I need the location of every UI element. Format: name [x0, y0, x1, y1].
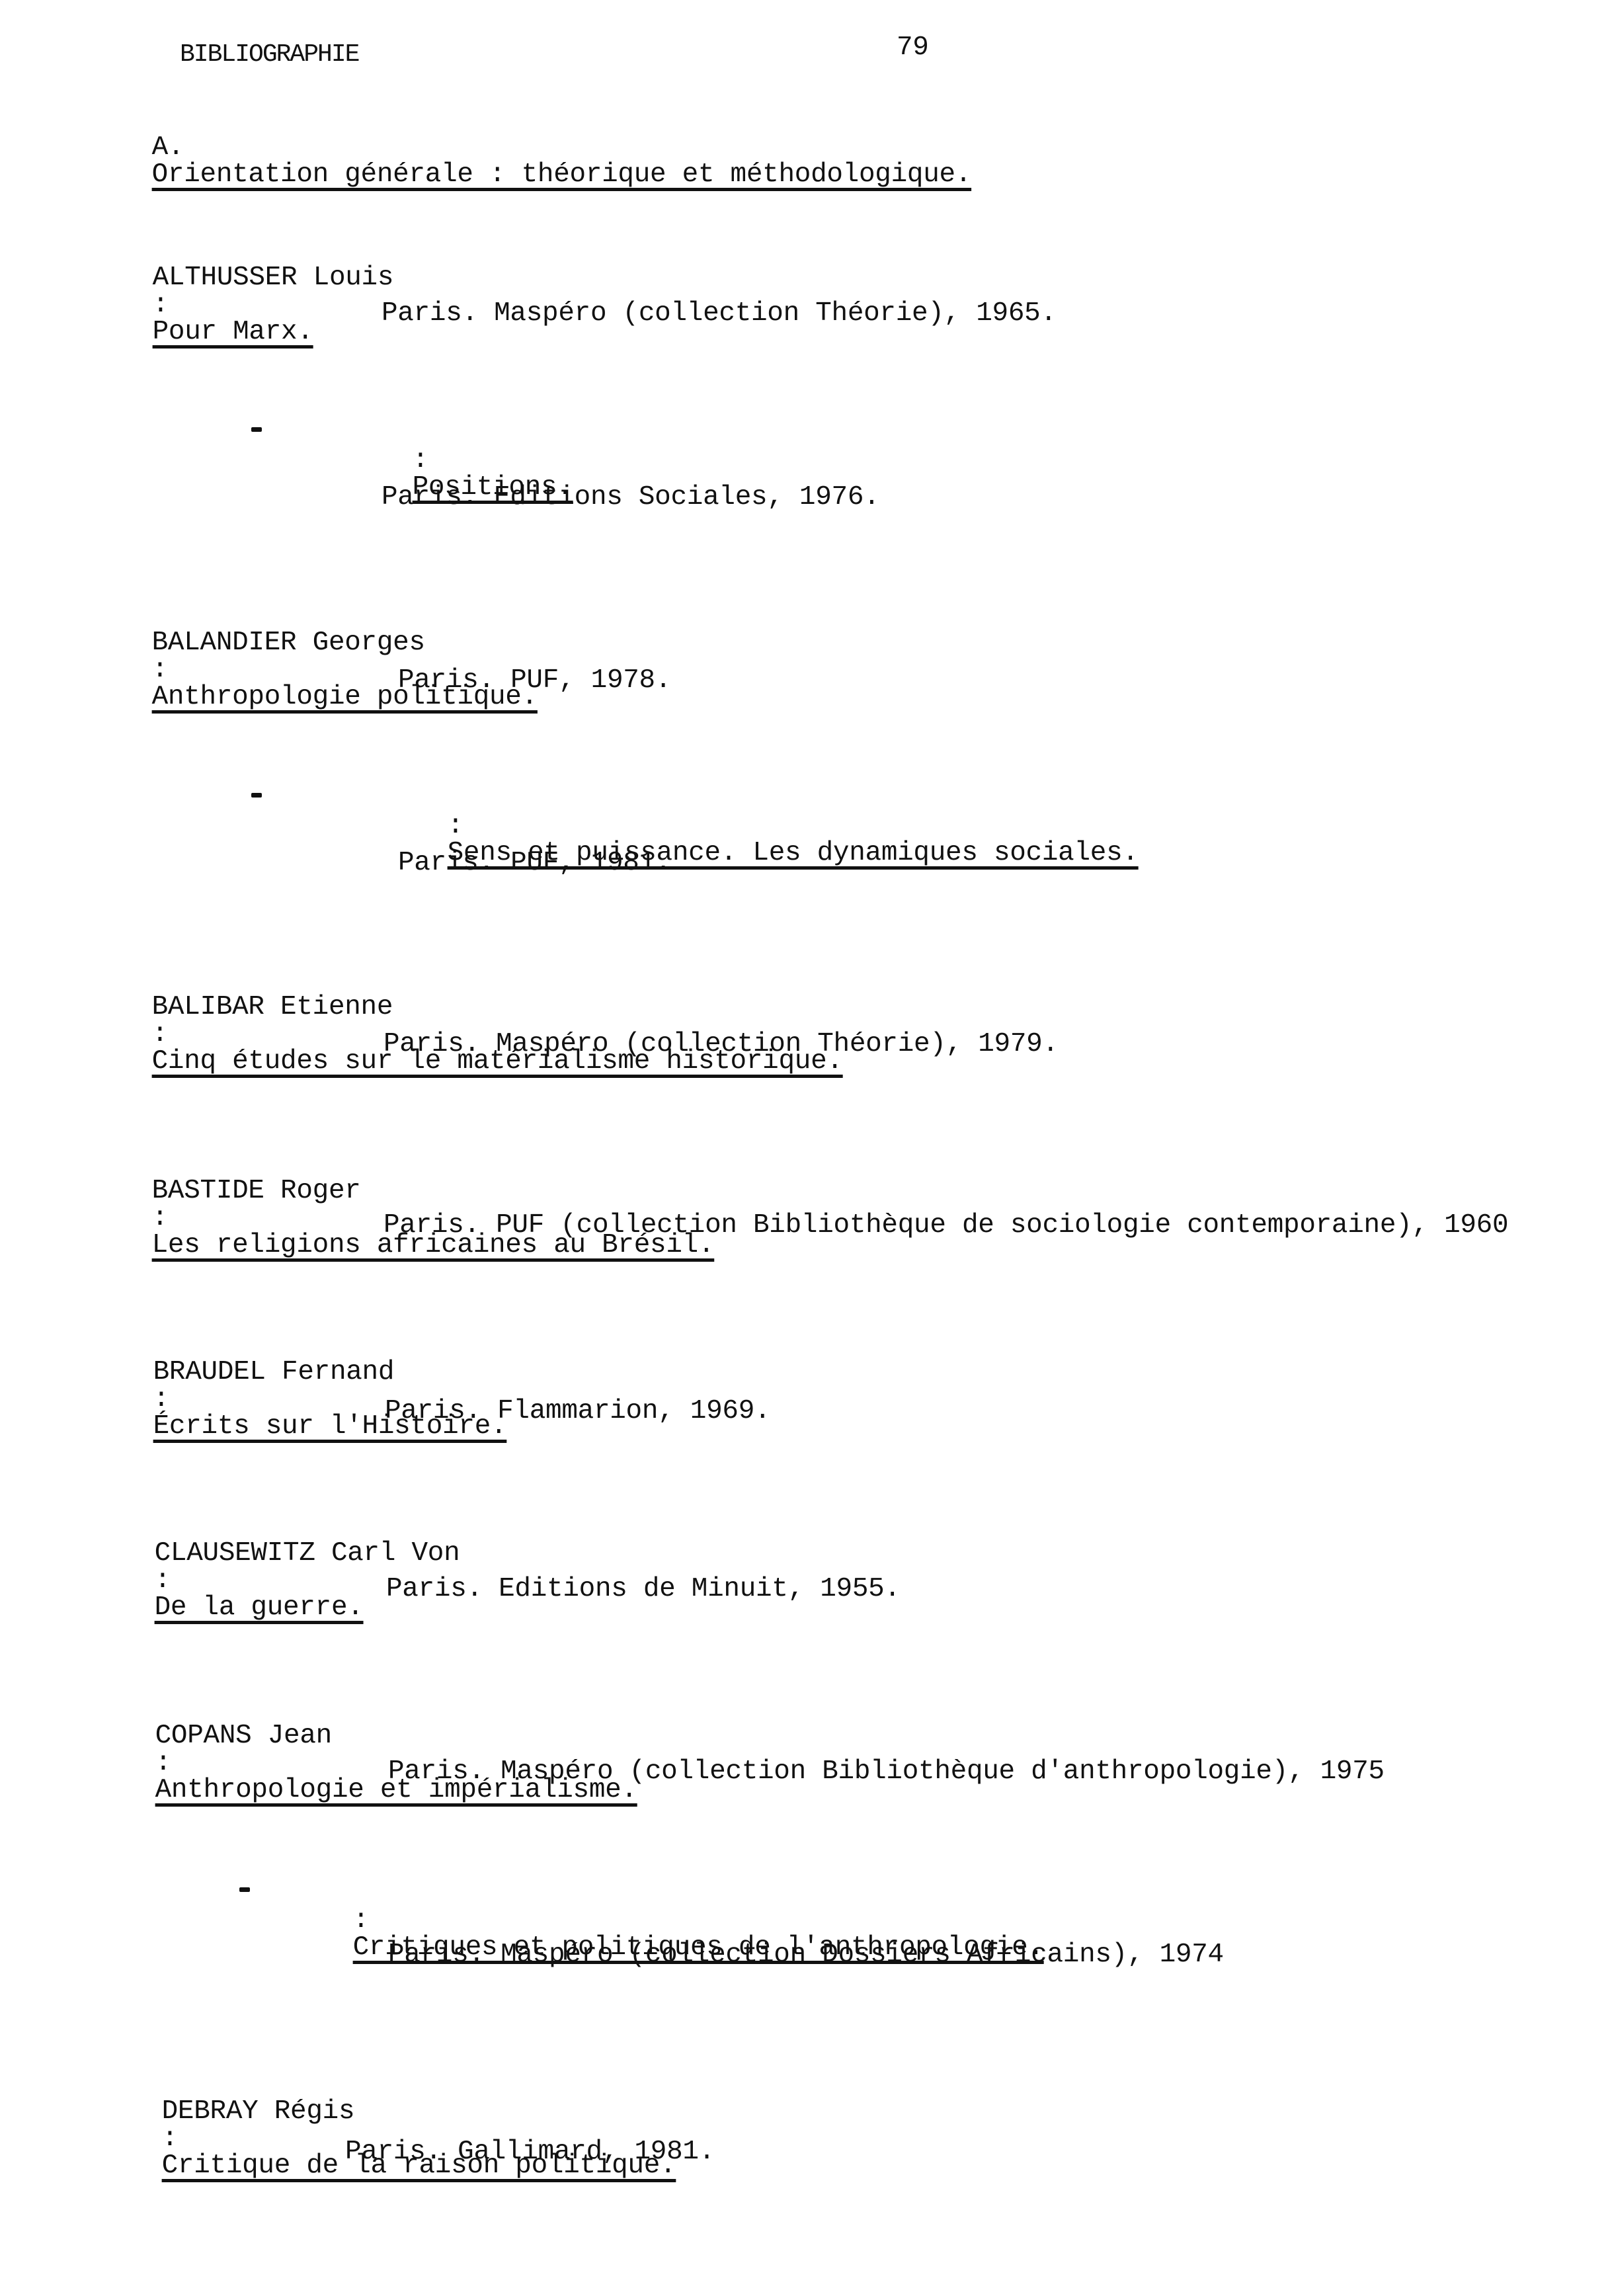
- publication-info: Paris. Maspéro (collection Bibliothèque …: [388, 1758, 1385, 1785]
- bib-entry-author-line: BASTIDE Roger : Les religions africaines…: [120, 1151, 714, 1259]
- running-title: BIBLIOGRAPHIE: [180, 41, 358, 68]
- separator: :: [152, 1203, 168, 1233]
- separator: :: [155, 1565, 171, 1596]
- publication-info: Paris. Maspéro (collection Théorie), 197…: [383, 1031, 1059, 1058]
- separator: :: [152, 1019, 168, 1049]
- author-name: BALIBAR Etienne: [152, 992, 393, 1022]
- author-name: DEBRAY Régis: [162, 2096, 355, 2127]
- bib-entry-author-line: ALTHUSSER Louis : Pour Marx.: [120, 237, 393, 346]
- publication-info: Paris. PUF, 1978.: [398, 667, 671, 694]
- author-name: BASTIDE Roger: [152, 1176, 361, 1206]
- publication-info: Paris. PUF, 1981.: [398, 850, 671, 877]
- bib-entry-author-line: CLAUSEWITZ Carl Von : De la guerre.: [122, 1513, 460, 1621]
- author-name: COPANS Jean: [155, 1721, 332, 1751]
- author-name: CLAUSEWITZ Carl Von: [155, 1538, 460, 1569]
- author-name: ALTHUSSER Louis: [153, 263, 394, 293]
- separator: :: [153, 1384, 169, 1414]
- author-name: BALANDIER Georges: [152, 628, 425, 658]
- ditto-dash: [251, 793, 262, 798]
- publication-info: Paris. Flammarion, 1969.: [385, 1398, 770, 1425]
- separator: :: [152, 655, 168, 685]
- section-heading: A. Orientation générale : théorique et m…: [120, 107, 971, 188]
- publication-info: Paris. Maspéro (collection Dossiers Afri…: [388, 1942, 1224, 1969]
- work-title: De la guerre.: [155, 1592, 364, 1623]
- separator: :: [162, 2123, 178, 2154]
- bib-entry-author-line: COPANS Jean : Anthropologie et impériali…: [123, 1696, 637, 1804]
- separator: :: [413, 445, 428, 475]
- separator: :: [448, 811, 463, 841]
- separator: :: [353, 1905, 369, 1936]
- separator: :: [155, 1748, 171, 1778]
- publication-info: Paris. Editions de Minuit, 1955.: [386, 1576, 901, 1603]
- ditto-dash: [251, 427, 262, 432]
- publication-info: Paris. Maspéro (collection Théorie), 196…: [382, 300, 1057, 327]
- separator: :: [153, 290, 169, 320]
- section-marker: A.: [152, 132, 184, 163]
- publication-info: Paris. Gallimard, 1981.: [345, 2139, 715, 2166]
- publication-info: Paris. Editions Sociales, 1976.: [382, 484, 879, 511]
- section-title: Orientation générale : théorique et méth…: [152, 159, 972, 190]
- publication-info: Paris. PUF (collection Bibliothèque de s…: [383, 1212, 1508, 1239]
- ditto-dash: [239, 1887, 250, 1892]
- page-number: 79: [897, 34, 929, 61]
- work-title: Pour Marx.: [153, 317, 313, 347]
- author-name: BRAUDEL Fernand: [153, 1357, 395, 1387]
